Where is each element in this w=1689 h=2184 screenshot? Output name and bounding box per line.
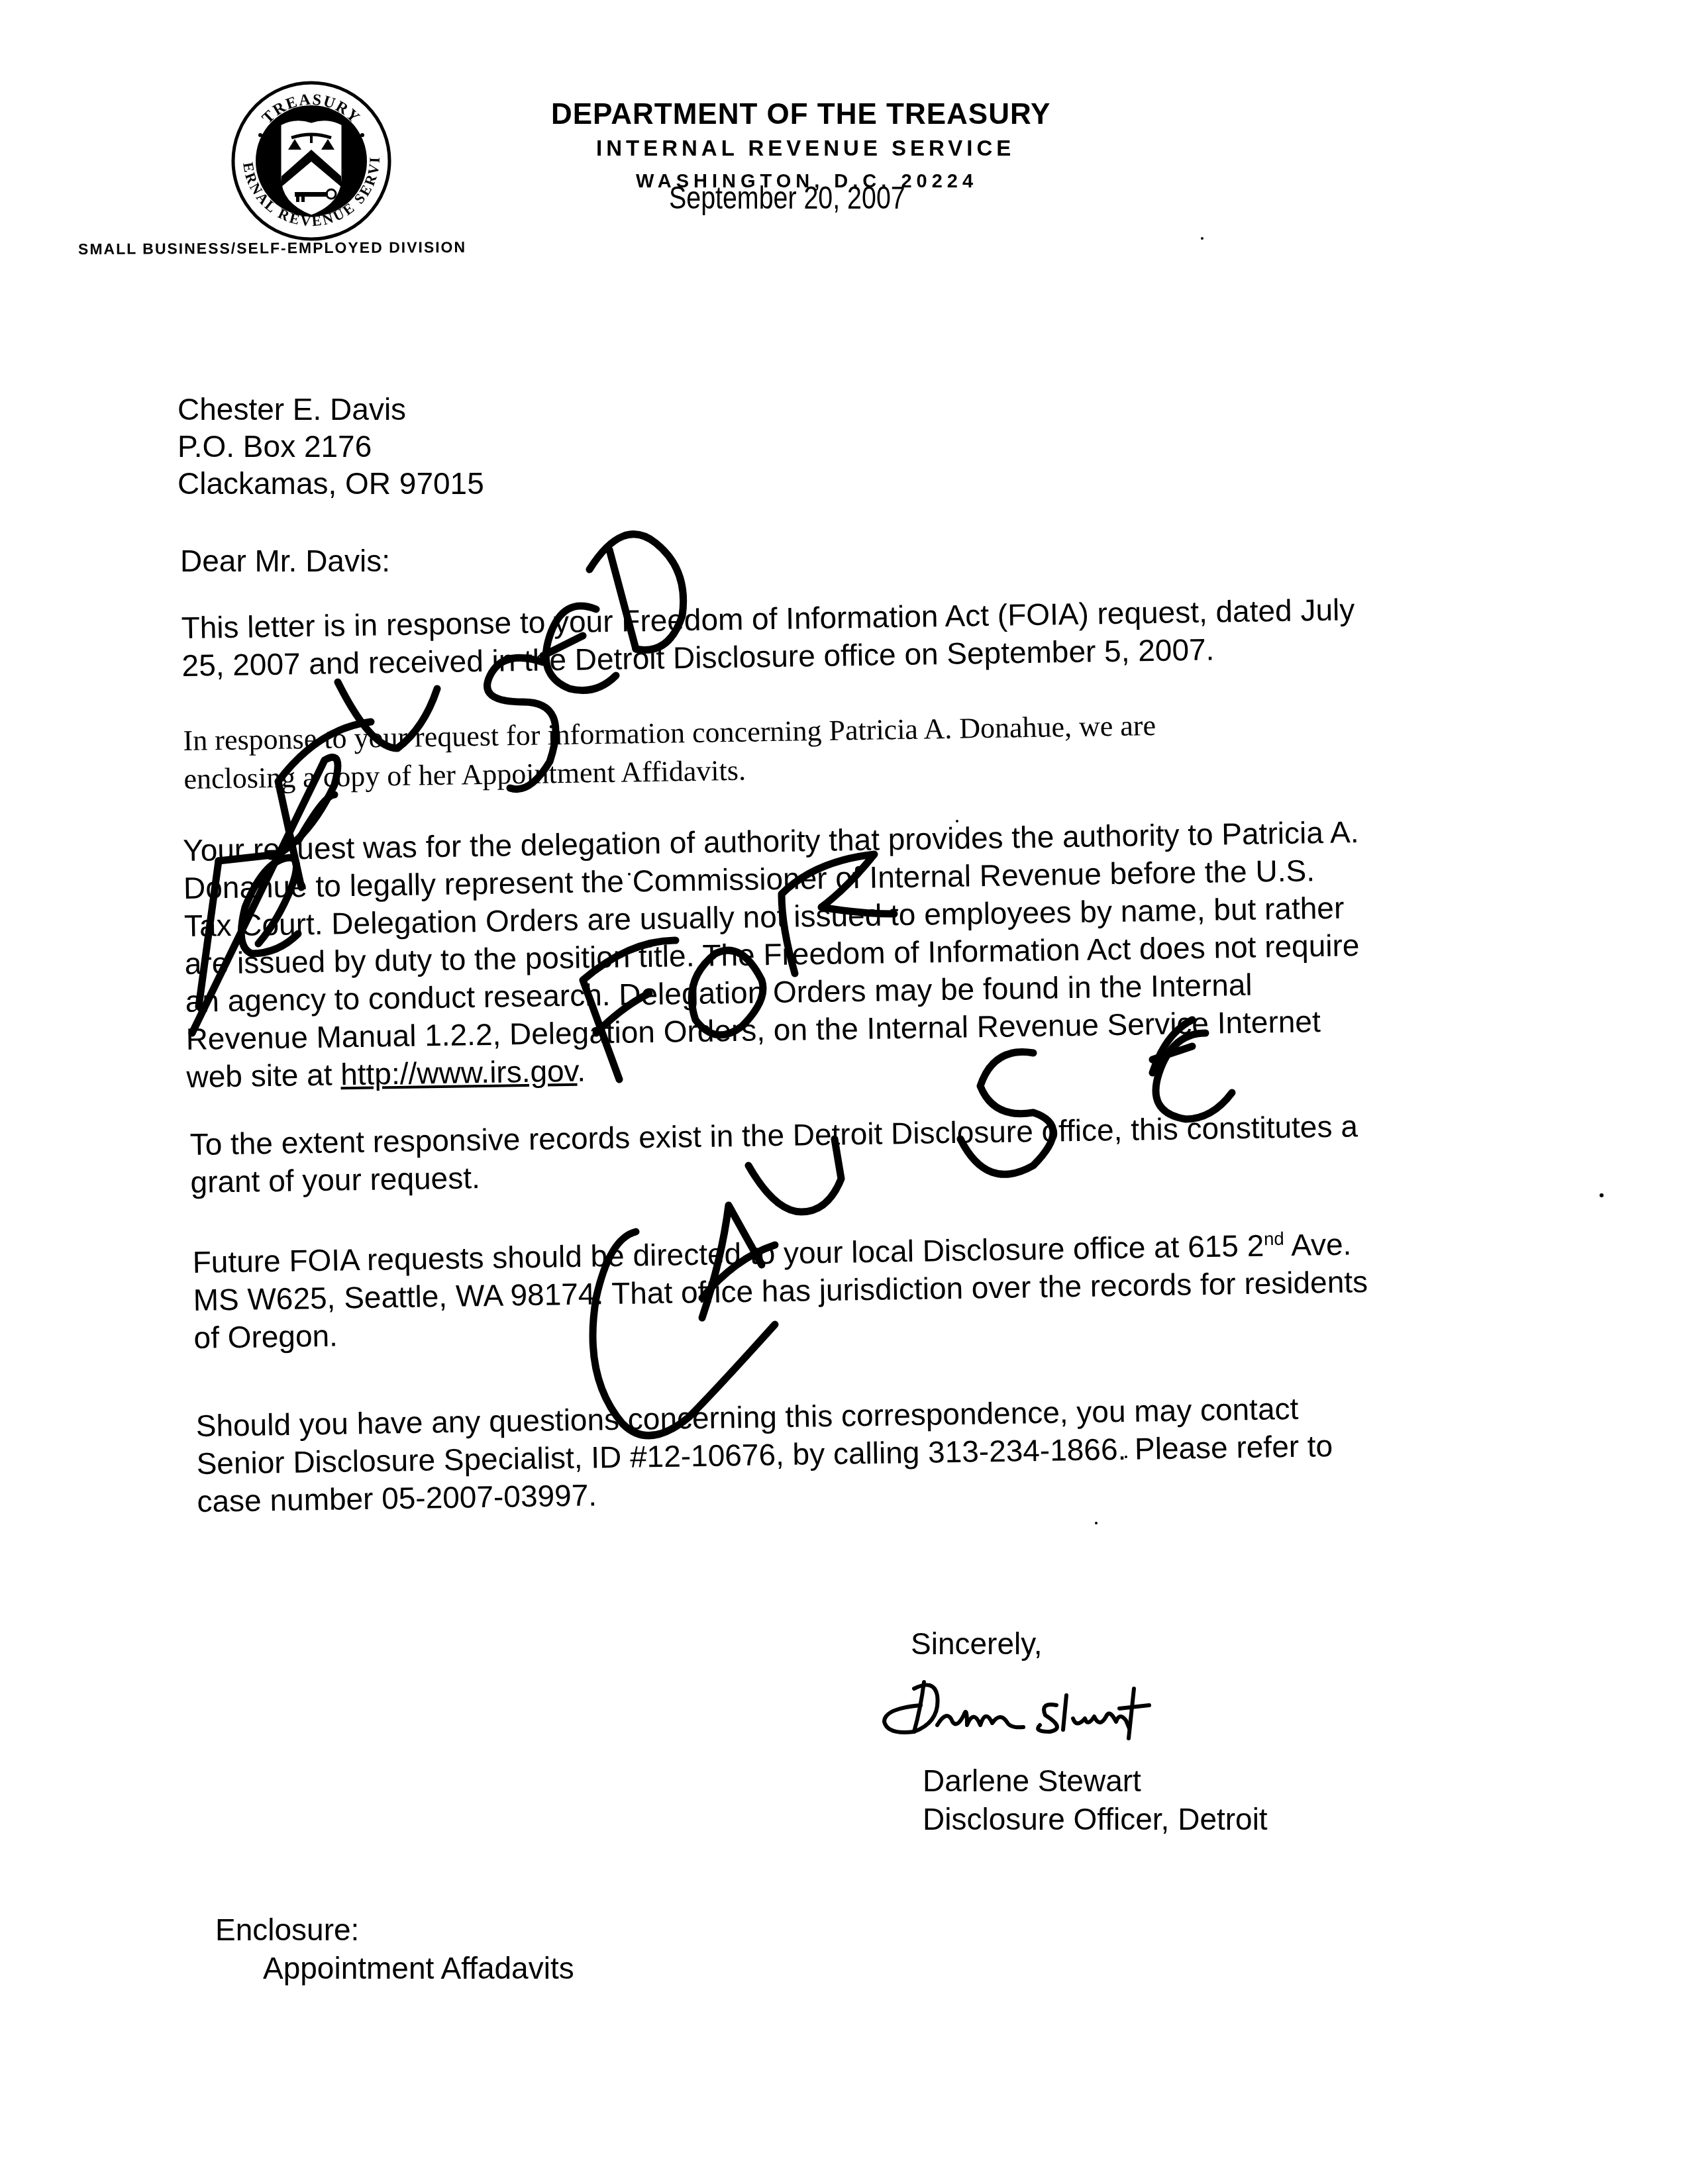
text-span: Ave. (1284, 1227, 1352, 1263)
recipient-address: Chester E. Davis P.O. Box 2176 Clackamas… (178, 391, 484, 502)
paragraph-foia-response: This letter is in response to your Freed… (181, 591, 1355, 685)
paragraph-grant: To the extent responsive records exist i… (189, 1107, 1358, 1201)
recipient-address-line2: Clackamas, OR 97015 (178, 465, 484, 502)
enclosure-item: Appointment Affadavits (215, 1949, 574, 1987)
letter-page: TREASURY INTERNAL REVENUE SERVICE DEPART… (0, 0, 1689, 2184)
recipient-name: Chester E. Davis (178, 391, 484, 428)
recipient-address-line1: P.O. Box 2176 (178, 428, 484, 465)
irs-treasury-seal-icon: TREASURY INTERNAL REVENUE SERVICE (229, 78, 394, 244)
paragraph-enclosing: In response to your request for informat… (183, 707, 1156, 799)
irs-website-link[interactable]: http://www.irs.gov (340, 1054, 578, 1092)
signer-title: Disclosure Officer, Detroit (923, 1800, 1268, 1838)
letterhead-department: DEPARTMENT OF THE TREASURY (551, 98, 1050, 131)
paragraph-contact: Should you have any questions concerning… (195, 1389, 1333, 1520)
text-span: . (577, 1054, 586, 1088)
paragraph-delegation: Your request was for the delegation of a… (183, 813, 1363, 1096)
letterhead-division: SMALL BUSINESS/SELF-EMPLOYED DIVISION (78, 238, 466, 258)
signer-block: Darlene Stewart Disclosure Officer, Detr… (923, 1762, 1268, 1838)
letter-date: September 20, 2007 (669, 180, 905, 217)
enclosure-label: Enclosure: (215, 1911, 574, 1949)
salutation: Dear Mr. Davis: (180, 543, 390, 579)
paragraph-future-requests: Future FOIA requests should be directed … (192, 1225, 1368, 1357)
enclosure-block: Enclosure: Appointment Affadavits (215, 1911, 574, 1987)
letterhead-agency: INTERNAL REVENUE SERVICE (596, 136, 1015, 161)
ordinal-suffix: nd (1264, 1228, 1284, 1249)
text-span: web site at (186, 1057, 340, 1094)
handwritten-signature-icon (874, 1669, 1219, 1748)
signer-name: Darlene Stewart (923, 1762, 1268, 1800)
valediction: Sincerely, (911, 1626, 1043, 1662)
